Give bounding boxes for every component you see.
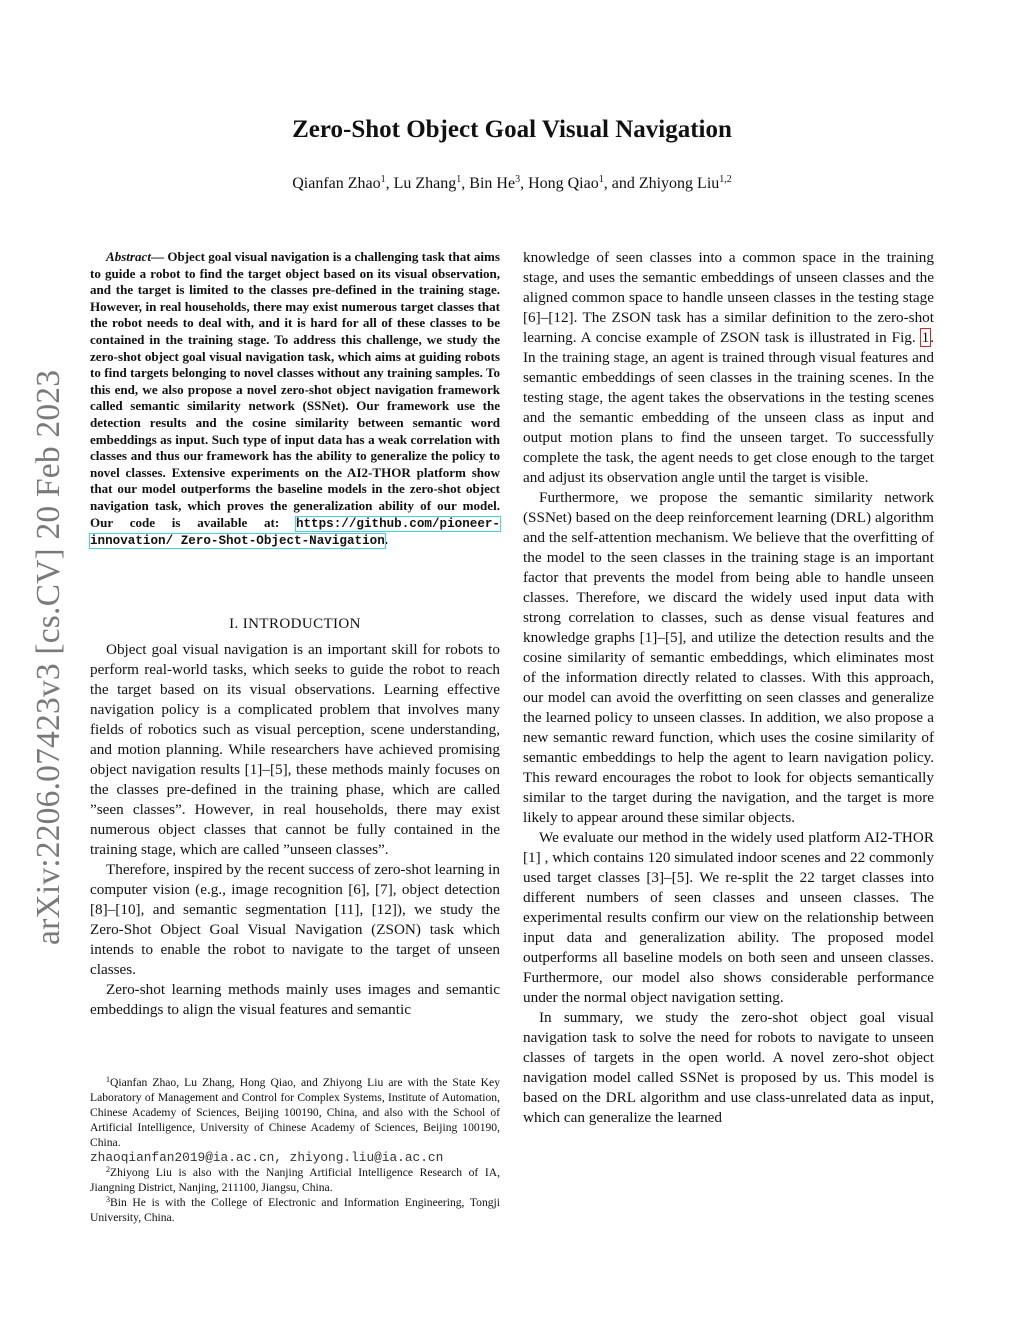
author-conjunction: and: [612, 175, 635, 192]
footnote-text: Bin He is with the College of Electronic…: [90, 1196, 500, 1224]
footnote-text: Qianfan Zhao, Lu Zhang, Hong Qiao, and Z…: [90, 1076, 500, 1149]
left-column-body: Object goal visual navigation is an impo…: [90, 640, 500, 1020]
affiliation-mark: 1,2: [719, 174, 732, 185]
footnote-1: 1Qianfan Zhao, Lu Zhang, Hong Qiao, and …: [90, 1075, 500, 1150]
author-list: Qianfan Zhao1, Lu Zhang1, Bin He3, Hong …: [0, 175, 1024, 193]
footnote-text: Zhiyong Liu is also with the Nanjing Art…: [90, 1166, 500, 1194]
paragraph-text: knowledge of seen classes into a common …: [523, 249, 934, 346]
author-name: Hong Qiao: [528, 175, 599, 192]
link-line-2[interactable]: Zero-Shot-Object-Navigation: [181, 534, 385, 548]
abstract-text: Object goal visual navigation is a chall…: [90, 249, 500, 530]
author-name: Qianfan Zhao: [292, 175, 380, 192]
arxiv-identifier-stamp: arXiv:2206.07423v3 [cs.CV] 20 Feb 2023: [30, 370, 68, 945]
footnote-2: 2Zhiyong Liu is also with the Nanjing Ar…: [90, 1165, 500, 1195]
footnote-emails: zhaoqianfan2019@ia.ac.cn, zhiyong.liu@ia…: [90, 1150, 500, 1165]
paragraph: Therefore, inspired by the recent succes…: [90, 860, 500, 980]
paragraph-text: . In the training stage, an agent is tra…: [523, 329, 934, 486]
paragraph-continued: knowledge of seen classes into a common …: [523, 248, 934, 488]
affiliation-mark: 3: [515, 174, 520, 185]
section-heading-introduction: I. INTRODUCTION: [90, 616, 500, 633]
affiliation-mark: 1: [456, 174, 461, 185]
affiliation-mark: 1: [381, 174, 386, 185]
right-column-body: knowledge of seen classes into a common …: [523, 248, 934, 1128]
author-name: Lu Zhang: [394, 175, 457, 192]
affiliation-mark: 1: [599, 174, 604, 185]
paper-title: Zero-Shot Object Goal Visual Navigation: [0, 116, 1024, 144]
paragraph: Object goal visual navigation is an impo…: [90, 640, 500, 860]
abstract-label: Abstract: [106, 249, 151, 264]
abstract-end: .: [385, 532, 388, 547]
abstract-dash: —: [151, 249, 164, 264]
email-addresses[interactable]: zhaoqianfan2019@ia.ac.cn, zhiyong.liu@ia…: [90, 1150, 443, 1165]
paragraph: In summary, we study the zero-shot objec…: [523, 1008, 934, 1128]
footnotes: 1Qianfan Zhao, Lu Zhang, Hong Qiao, and …: [90, 1075, 500, 1225]
footnote-3: 3Bin He is with the College of Electroni…: [90, 1195, 500, 1225]
paragraph: Furthermore, we propose the semantic sim…: [523, 488, 934, 828]
author-name: Bin He: [469, 175, 515, 192]
author-name: Zhiyong Liu: [639, 175, 719, 192]
paragraph: We evaluate our method in the widely use…: [523, 828, 934, 1008]
figure-reference-link[interactable]: 1: [921, 329, 931, 346]
abstract: Abstract— Object goal visual navigation …: [90, 249, 500, 550]
paragraph: Zero-shot learning methods mainly uses i…: [90, 980, 500, 1020]
